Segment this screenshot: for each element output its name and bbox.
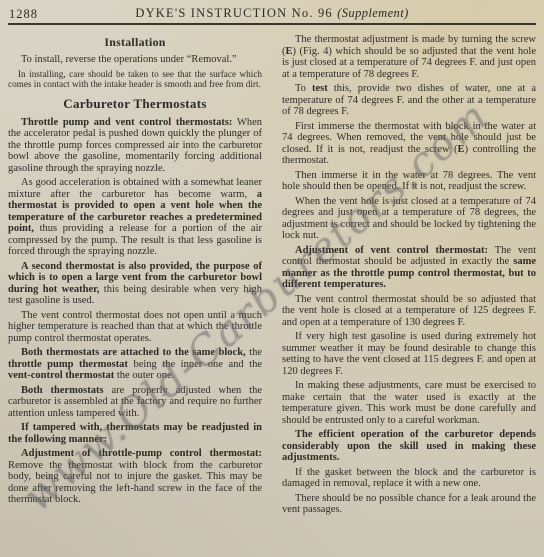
running-title: DYKE'S INSTRUCTION No. 96 (Supplement) (8, 6, 536, 21)
paragraph: If very high test gasoline is used durin… (282, 331, 536, 377)
paragraph: If tampered with, thermostats may be rea… (8, 422, 262, 445)
paragraph: Throttle pump and vent control thermosta… (8, 117, 262, 175)
page-header: 1288 DYKE'S INSTRUCTION No. 96 (Suppleme… (8, 6, 536, 25)
text-run: The vent control thermostat does not ope… (8, 310, 262, 344)
text-run: In making these adjustments, care must b… (282, 380, 536, 426)
text-run: As good acceleration is obtained with a … (8, 177, 262, 200)
paragraph: First immerse the thermostat with block … (282, 121, 536, 167)
text-run: the (246, 347, 262, 358)
bold-text-run: Both thermostats (21, 385, 104, 396)
text-run: Then immerse it in the water at 78 degre… (282, 170, 536, 193)
fine-print-paragraph: In installing, care should be taken to s… (8, 69, 262, 89)
bold-text-run: vent-control thermostat (8, 370, 114, 381)
text-run: The vent control thermostat should be so… (282, 294, 536, 328)
text-run: ) (Fig. 4) which should be so adjusted t… (282, 46, 536, 80)
paragraph: The thermostat adjustment is made by tur… (282, 34, 536, 80)
paragraph: The efficient operation of the carbureto… (282, 429, 536, 464)
paragraph: If the gasket between the block and the … (282, 467, 536, 490)
text-run: When the vent hole is just closed at a t… (282, 196, 536, 242)
bold-text-run: Adjustment of throttle-pump control ther… (21, 448, 262, 459)
text-run: To (295, 83, 312, 94)
bold-text-run: E (286, 46, 293, 57)
paragraph: There should be no possible chance for a… (282, 493, 536, 516)
bold-text-run: test (312, 83, 328, 94)
two-column-text-block: InstallationTo install, reverse the oper… (8, 34, 536, 519)
paragraph: Both thermostats are attached to the sam… (8, 347, 262, 382)
text-run: If the gasket between the block and the … (282, 467, 536, 490)
text-run: If very high test gasoline is used durin… (282, 331, 536, 377)
paragraph: The vent control thermostat does not ope… (8, 310, 262, 345)
page-number: 1288 (9, 7, 38, 22)
bold-text-run: Adjustment of vent control thermostat: (295, 245, 488, 256)
bold-text-run: E (458, 144, 465, 155)
scanned-book-page: 1288 DYKE'S INSTRUCTION No. 96 (Suppleme… (0, 0, 544, 557)
paragraph: As good acceleration is obtained with a … (8, 177, 262, 258)
text-run: being the inner one and the (128, 359, 262, 370)
text-run: Remove the thermostat with block from th… (8, 460, 262, 506)
paragraph: In making these adjustments, care must b… (282, 380, 536, 426)
text-run: To install, reverse the operations under… (21, 54, 237, 65)
text-run: the outer one. (114, 370, 174, 381)
paragraph: Both thermostats are properly adjusted w… (8, 385, 262, 420)
section-heading: Installation (8, 36, 262, 49)
paragraph: Adjustment of vent control thermostat: T… (282, 245, 536, 291)
paragraph: To test this, provide two dishes of wate… (282, 83, 536, 118)
paragraph: A second thermostat is also provided, th… (8, 261, 262, 307)
text-run: There should be no possible chance for a… (282, 493, 536, 516)
paragraph: To install, reverse the operations under… (8, 54, 262, 66)
bold-text-run: The efficient operation of the carbureto… (282, 429, 536, 463)
text-run: thus providing a release for a portion o… (8, 223, 262, 257)
right-column: The thermostat adjustment is made by tur… (282, 34, 536, 519)
section-heading: Carburetor Thermostats (8, 96, 262, 111)
bold-text-run: Throttle pump and vent control thermosta… (21, 117, 232, 128)
running-title-text: DYKE'S INSTRUCTION No. 96 (135, 6, 337, 20)
running-title-suffix: (Supplement) (337, 6, 408, 20)
left-column: InstallationTo install, reverse the oper… (8, 34, 262, 519)
paragraph: Adjustment of throttle-pump control ther… (8, 448, 262, 506)
paragraph: When the vent hole is just closed at a t… (282, 196, 536, 242)
text-run: In installing, care should be taken to s… (8, 69, 262, 89)
bold-text-run: If tampered with, thermostats may be rea… (8, 422, 262, 445)
paragraph: Then immerse it in the water at 78 degre… (282, 170, 536, 193)
paragraph: The vent control thermostat should be so… (282, 294, 536, 329)
bold-text-run: Both thermostats are attached to the sam… (21, 347, 246, 358)
bold-text-run: throttle pump thermostat (8, 359, 128, 370)
